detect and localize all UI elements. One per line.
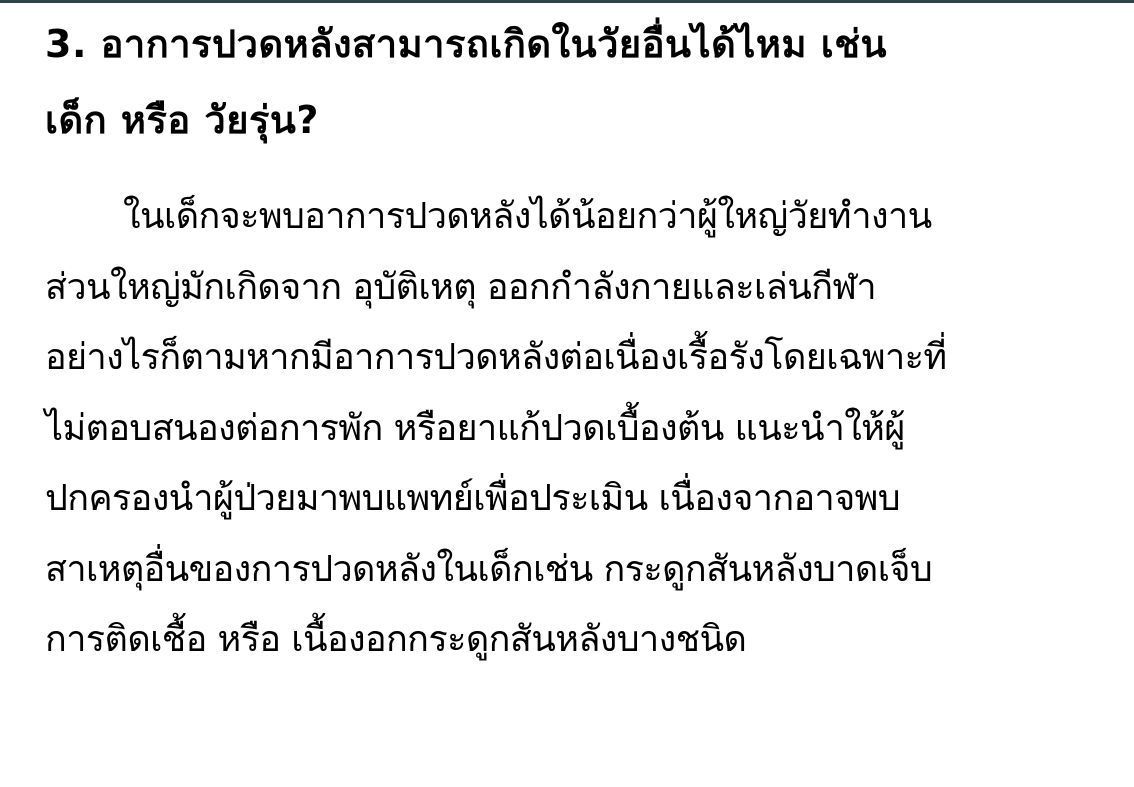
paragraph-line-5: ปกครองนำผู้ป่วยมาพบแพทย์เพื่อประเมิน เนื… bbox=[45, 464, 1120, 535]
document-page: 3. อาการปวดหลังสามารถเกิดในวัยอื่นได้ไหม… bbox=[45, 6, 1120, 676]
answer-paragraph: ในเด็กจะพบอาการปวดหลังได้น้อยกว่าผู้ใหญ่… bbox=[45, 182, 1120, 676]
paragraph-line-4: ไม่ตอบสนองต่อการพัก หรือยาแก้ปวดเบื้องต้… bbox=[45, 394, 1120, 465]
paragraph-line-3: อย่างไรก็ตามหากมีอาการปวดหลังต่อเนื่องเร… bbox=[45, 323, 1120, 394]
top-border-rule bbox=[0, 0, 1134, 3]
paragraph-line-2: ส่วนใหญ่มักเกิดจาก อุบัติเหตุ ออกกำลังกา… bbox=[45, 253, 1120, 324]
question-heading: 3. อาการปวดหลังสามารถเกิดในวัยอื่นได้ไหม… bbox=[45, 6, 1120, 158]
paragraph-line-1: ในเด็กจะพบอาการปวดหลังได้น้อยกว่าผู้ใหญ่… bbox=[45, 182, 1120, 253]
paragraph-line-6: สาเหตุอื่นของการปวดหลังในเด็กเช่น กระดูก… bbox=[45, 535, 1120, 606]
heading-line-2: เด็ก หรือ วัยรุ่น? bbox=[45, 82, 1120, 158]
heading-line-1: 3. อาการปวดหลังสามารถเกิดในวัยอื่นได้ไหม… bbox=[45, 6, 1120, 82]
paragraph-line-7: การติดเชื้อ หรือ เนื้องอกกระดูกสันหลังบา… bbox=[45, 605, 1120, 676]
